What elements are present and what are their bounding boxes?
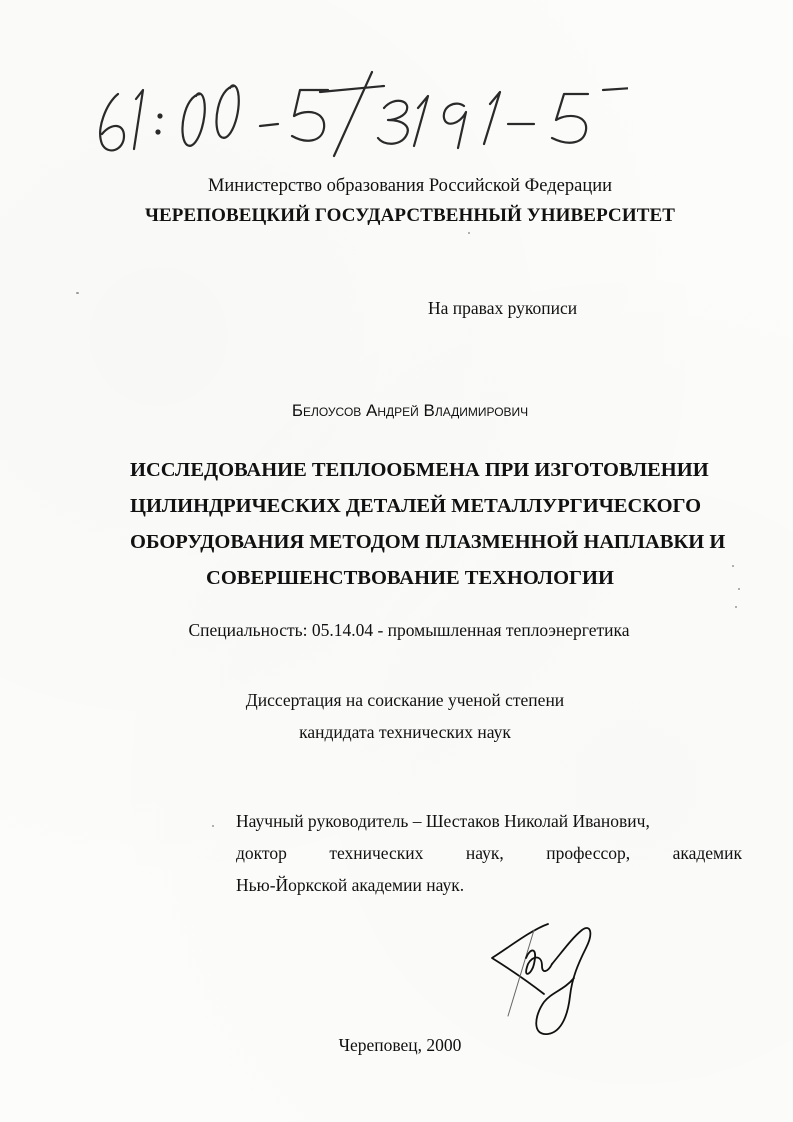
scan-speck	[76, 292, 79, 294]
dissertation-degree-line-2: кандидата технических наук	[140, 722, 670, 743]
supervisor-line-2: доктор технических наук, профессор, акад…	[236, 837, 742, 869]
title-line: ОБОРУДОВАНИЯ МЕТОДОМ ПЛАЗМЕННОЙ НАПЛАВКИ…	[130, 524, 690, 560]
supervisor-line-1: Научный руководитель – Шестаков Николай …	[236, 805, 742, 837]
handwritten-shelfmark	[88, 64, 628, 164]
scan-speck	[738, 588, 740, 590]
city-and-year: Череповец, 2000	[0, 1035, 793, 1056]
supervisor-word: доктор	[236, 837, 287, 869]
dissertation-degree-line-1: Диссертация на соискание ученой степени	[140, 690, 670, 711]
dissertation-title: ИССЛЕДОВАНИЕ ТЕПЛООБМЕНА ПРИ ИЗГОТОВЛЕНИ…	[130, 452, 690, 596]
supervisor-word: профессор,	[546, 837, 630, 869]
supervisor-block: Научный руководитель – Шестаков Николай …	[236, 805, 742, 901]
university-name: ЧЕРЕПОВЕЦКИЙ ГОСУДАРСТВЕННЫЙ УНИВЕРСИТЕТ	[140, 205, 680, 227]
supervisor-word: наук,	[466, 837, 504, 869]
manuscript-rights-note: На правах рукописи	[428, 298, 577, 319]
shelfmark-handwriting-icon	[88, 64, 628, 164]
title-line: СОВЕРШЕНСТВОВАНИЕ ТЕХНОЛОГИИ	[130, 560, 690, 596]
signature-icon	[486, 908, 596, 1038]
title-line: ИССЛЕДОВАНИЕ ТЕПЛООБМЕНА ПРИ ИЗГОТОВЛЕНИ…	[130, 452, 690, 488]
ministry-heading: Министерство образования Российской Феде…	[140, 176, 680, 197]
scan-speck	[212, 825, 214, 827]
supervisor-word: академик	[673, 837, 742, 869]
supervisor-word: технических	[329, 837, 423, 869]
scan-speck	[735, 606, 737, 608]
scan-speck	[732, 565, 734, 567]
specialty-line: Специальность: 05.14.04 - промышленная т…	[0, 620, 793, 641]
scan-speck	[468, 232, 470, 234]
title-line: ЦИЛИНДРИЧЕСКИХ ДЕТАЛЕЙ МЕТАЛЛУРГИЧЕСКОГО	[130, 488, 690, 524]
supervisor-line-3: Нью-Йоркской академии наук.	[236, 869, 742, 901]
document-page: Министерство образования Российской Феде…	[0, 0, 793, 1122]
author-name: Белоусов Андрей Владимирович	[140, 401, 680, 421]
